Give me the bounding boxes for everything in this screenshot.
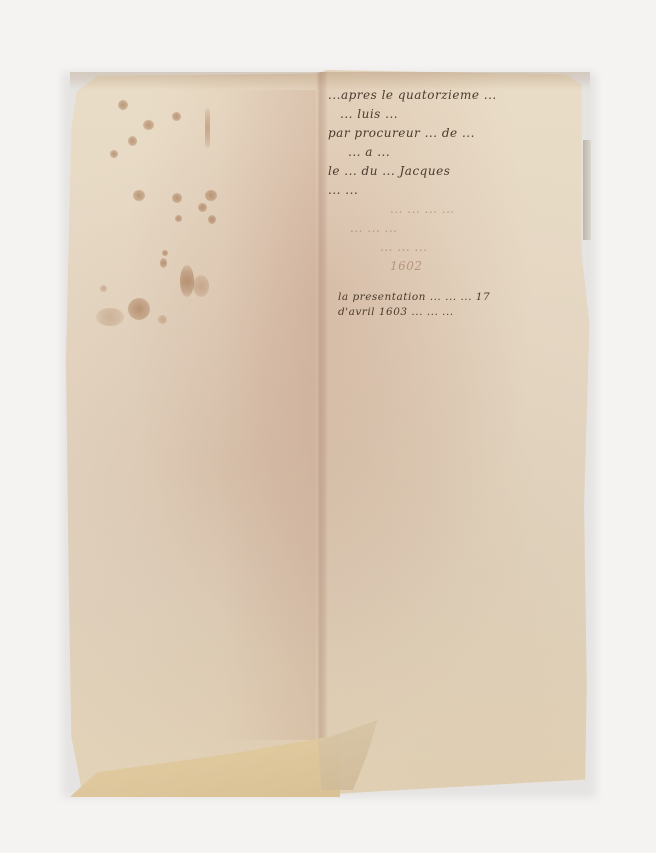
note-line: la presentation ... ... ... 17 (338, 290, 490, 305)
faded-line: 1602 (350, 257, 455, 276)
heading-line: ... ... (328, 181, 497, 200)
note-line: d'avril 1603 ... ... ... (338, 305, 490, 320)
heading-line: ...apres le quatorzieme ... (328, 86, 497, 105)
heading-line: par procureur ... de ... (328, 124, 497, 143)
heading-line: le ... du ... Jacques (328, 162, 497, 181)
heading-line: ... luis ... (328, 105, 497, 124)
heading-text: ...apres le quatorzieme ... ... luis ...… (328, 86, 497, 200)
faded-line: ... ... ... ... (350, 200, 455, 219)
faded-text: ... ... ... ... ... ... ... ... ... ... … (350, 200, 455, 276)
fold-tint (220, 90, 316, 740)
faded-line: ... ... ... (350, 219, 455, 238)
right-edge-damage (583, 140, 591, 240)
faded-line: ... ... ... (350, 238, 455, 257)
presentation-note: la presentation ... ... ... 17 d'avril 1… (338, 290, 490, 320)
center-fold (316, 72, 328, 792)
heading-line: ... a ... (328, 143, 497, 162)
